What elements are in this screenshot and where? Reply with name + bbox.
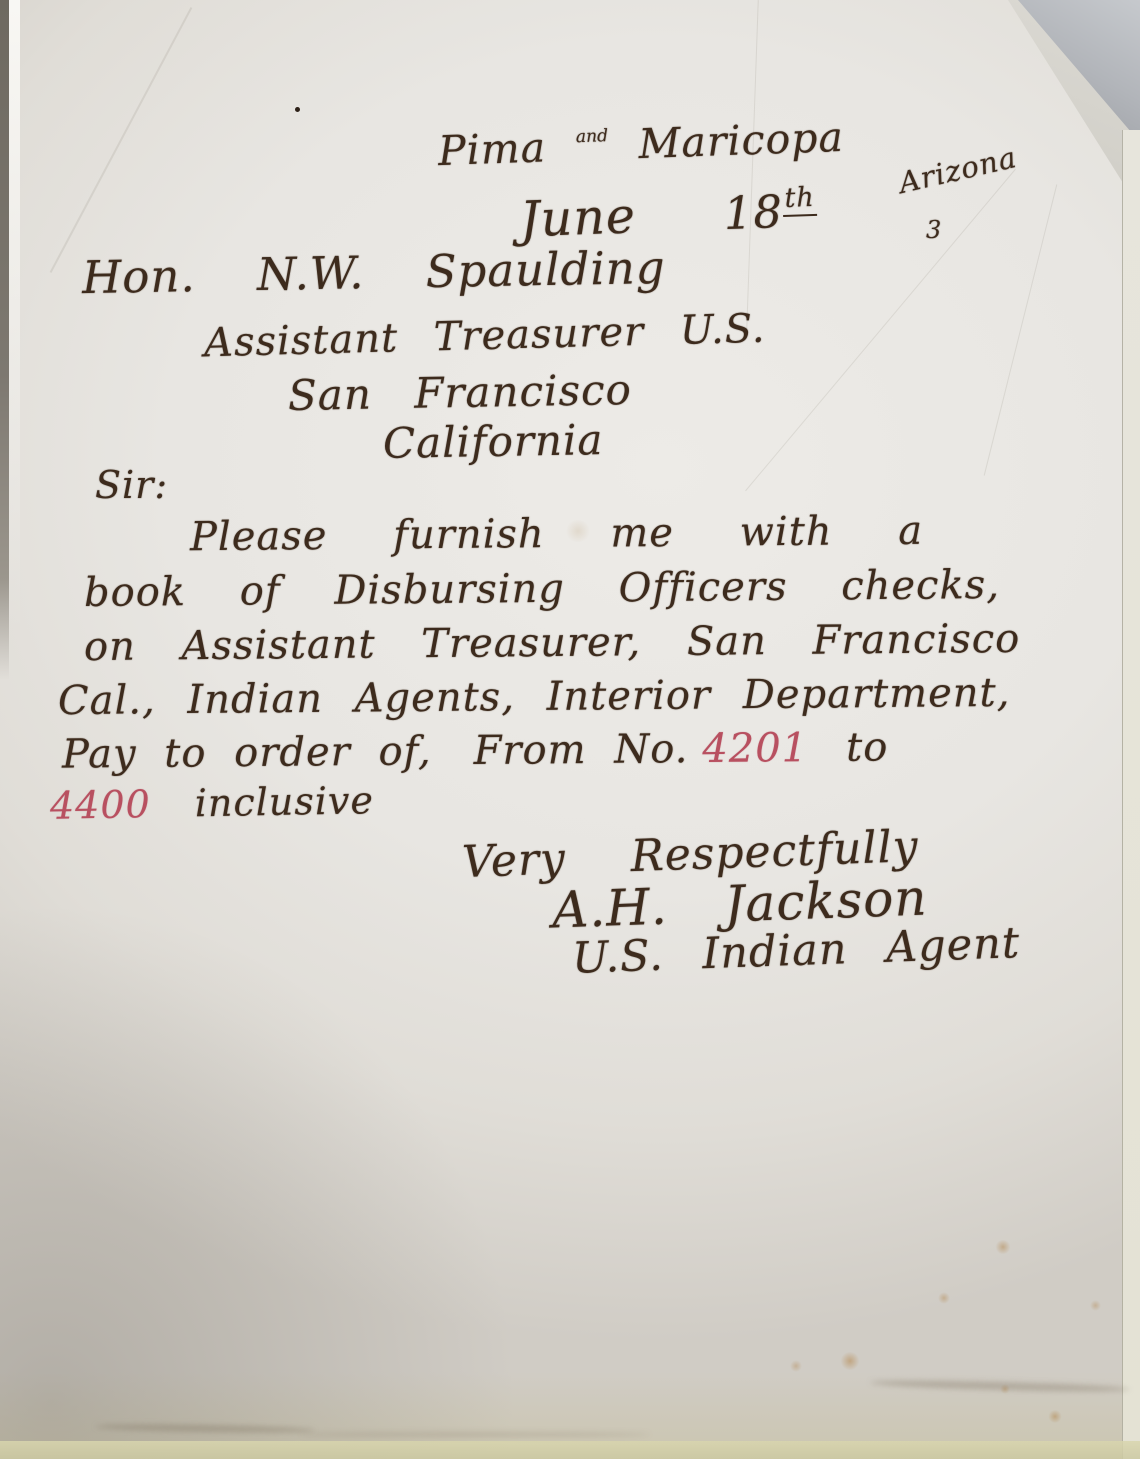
date-month: June	[519, 187, 637, 248]
header-date-line: June18th	[519, 185, 818, 245]
paper-shadow	[0, 900, 520, 1459]
body-line-1: Please furnish me with a	[190, 511, 923, 557]
body-line-5: Pay to order of,From No.4201to	[62, 727, 889, 774]
date-day-suffix: th	[782, 182, 817, 217]
salutation: Sir:	[95, 466, 168, 504]
ink-dot	[295, 107, 300, 112]
stain-spot	[790, 1360, 802, 1372]
recipient-state: California	[383, 419, 604, 465]
check-number-from: 4201	[702, 725, 808, 772]
smudge-mark	[300, 1432, 650, 1437]
body-line-4: Cal., Indian Agents, Interior Department…	[58, 673, 1011, 721]
table-surface-strip	[0, 1441, 1140, 1459]
stain-spot	[1048, 1410, 1062, 1423]
body-line-2: book of Disbursing Officers checks,	[84, 565, 1000, 613]
background-left-strip	[0, 0, 9, 680]
letter-photo: Pima and Maricopa Arizona June18th 3 Hon…	[0, 0, 1140, 1459]
body-line-6-suffix: inclusive	[194, 778, 374, 825]
recipient-name: Hon. N.W. Spaulding	[82, 245, 666, 300]
stain-spot	[1000, 1384, 1010, 1394]
place-name: Pima	[437, 123, 547, 175]
page-number: 3	[926, 218, 942, 242]
stain-spot	[995, 1240, 1011, 1254]
background-right-strip	[1122, 130, 1140, 1459]
date-day: 18	[723, 185, 784, 240]
recipient-city: San Francisco	[288, 369, 633, 417]
body-line-6: 4400inclusive	[50, 781, 374, 825]
body-line-3: on Assistant Treasurer, San Francisco	[84, 619, 1021, 667]
stain-spot	[1090, 1300, 1101, 1311]
body-line-5-from: From No.	[473, 726, 688, 774]
body-line-5-prefix: Pay to order of,	[62, 728, 432, 777]
check-number-to: 4400	[50, 782, 151, 828]
body-line-5-to: to	[846, 724, 889, 770]
stain-spot	[840, 1352, 860, 1370]
stain-spot	[938, 1292, 950, 1304]
place-name-2: Maricopa	[638, 113, 845, 168]
place-connector: and	[575, 126, 608, 147]
